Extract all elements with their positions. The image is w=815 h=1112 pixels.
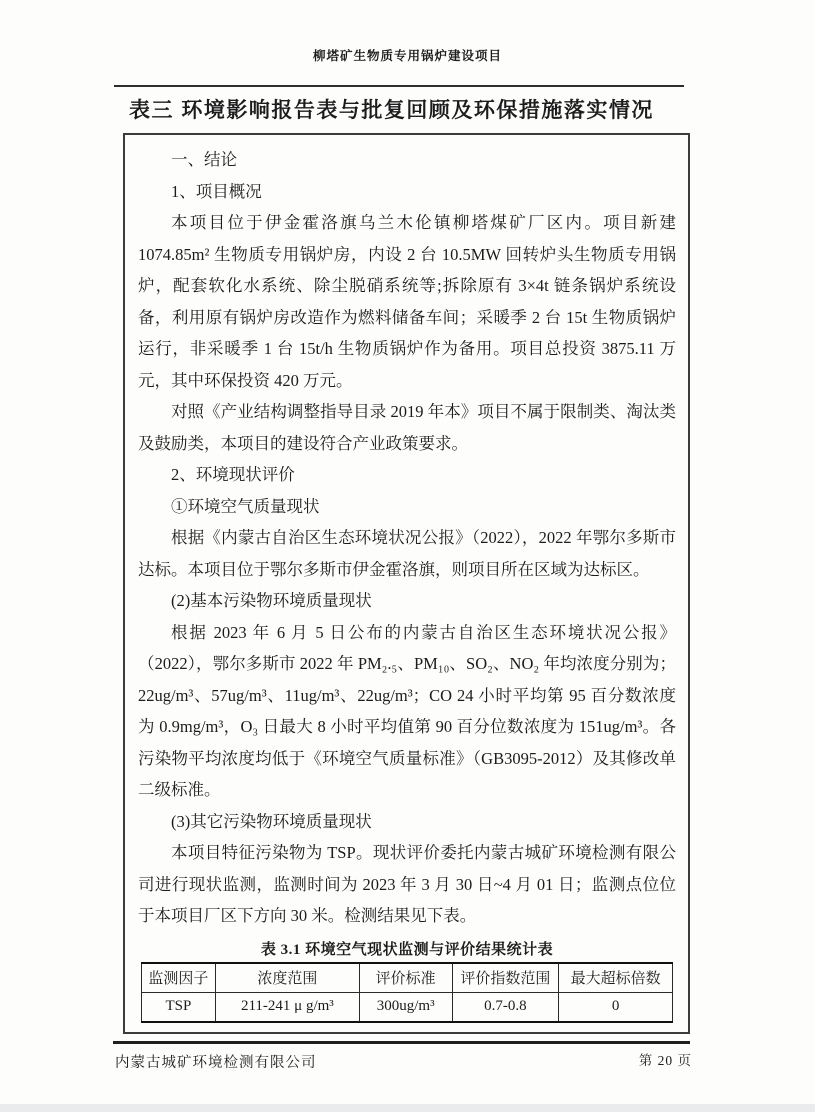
data-cell-index-range: 0.7-0.8: [452, 992, 558, 1022]
data-cell-range: 211-241 μ g/m³: [216, 992, 360, 1022]
air-quality-monitoring-table: 监测因子 浓度范围 评价标准 评价指数范围 最大超标倍数 TSP 211-241…: [141, 962, 674, 1023]
data-cell-exceed-multiple: 0: [558, 992, 672, 1022]
heading-env-status-eval: 2、环境现状评价: [138, 459, 676, 491]
paragraph-conclusion-air: 由上表可知，TSP24 小时平均满足《环境空气质量标准》（GB3095-2012…: [138, 1029, 676, 1035]
document-title: 表三 环境影响报告表与批复回顾及环保措施落实情况: [129, 94, 709, 124]
content-box: 一、结论 1、项目概况 本项目位于伊金霍洛旗乌兰木伦镇柳塔煤矿厂区内。项目新建 …: [123, 133, 690, 1034]
header-cell-exceed-multiple: 最大超标倍数: [558, 963, 672, 993]
header-cell-factor: 监测因子: [141, 963, 215, 993]
paragraph-pollutant-concentrations: 根据 2023 年 6 月 5 日公布的内蒙古自治区生态环境状况公报》（2022…: [138, 617, 676, 806]
table-header-row: 监测因子 浓度范围 评价标准 评价指数范围 最大超标倍数: [141, 963, 673, 993]
data-cell-factor: TSP: [141, 992, 215, 1022]
paragraph-tsp-monitoring: 本项目特征污染物为 TSP。现状评价委托内蒙古城矿环境检测有限公司进行现状监测，…: [138, 837, 676, 932]
header-rule: [114, 85, 684, 87]
data-cell-standard: 300ug/m³: [359, 992, 452, 1022]
paragraph-project-overview: 本项目位于伊金霍洛旗乌兰木伦镇柳塔煤矿厂区内。项目新建 1074.85m² 生物…: [138, 207, 676, 396]
page-bottom-edge: [0, 1104, 815, 1112]
footer-rule: [113, 1041, 690, 1044]
paragraph-industrial-policy: 对照《产业结构调整指导目录 2019 年本》项目不属于限制类、淘汰类及鼓励类，本…: [138, 396, 676, 459]
page-header-title: 柳塔矿生物质专用锅炉建设项目: [0, 46, 815, 64]
heading-other-pollutants: (3)其它污染物环境质量现状: [138, 806, 676, 838]
paragraph-air-quality-bulletin: 根据《内蒙古自治区生态环境状况公报》（2022），2022 年鄂尔多斯市达标。本…: [138, 522, 676, 585]
heading-project-overview: 1、项目概况: [138, 176, 676, 208]
table-row: TSP 211-241 μ g/m³ 300ug/m³ 0.7-0.8 0: [141, 992, 673, 1022]
heading-conclusion: 一、结论: [138, 144, 676, 176]
header-cell-index-range: 评价指数范围: [452, 963, 558, 993]
table-title: 表 3.1 环境空气现状监测与评价结果统计表: [138, 938, 676, 959]
heading-air-quality-status: ①环境空气质量现状: [138, 491, 676, 523]
header-cell-standard: 评价标准: [359, 963, 452, 993]
footer-page-number: 第 20 页: [630, 1049, 692, 1069]
heading-basic-pollutants: (2)基本污染物环境质量现状: [138, 585, 676, 617]
header-cell-range: 浓度范围: [216, 963, 360, 993]
footer-company: 内蒙古城矿环境检测有限公司: [115, 1051, 317, 1072]
